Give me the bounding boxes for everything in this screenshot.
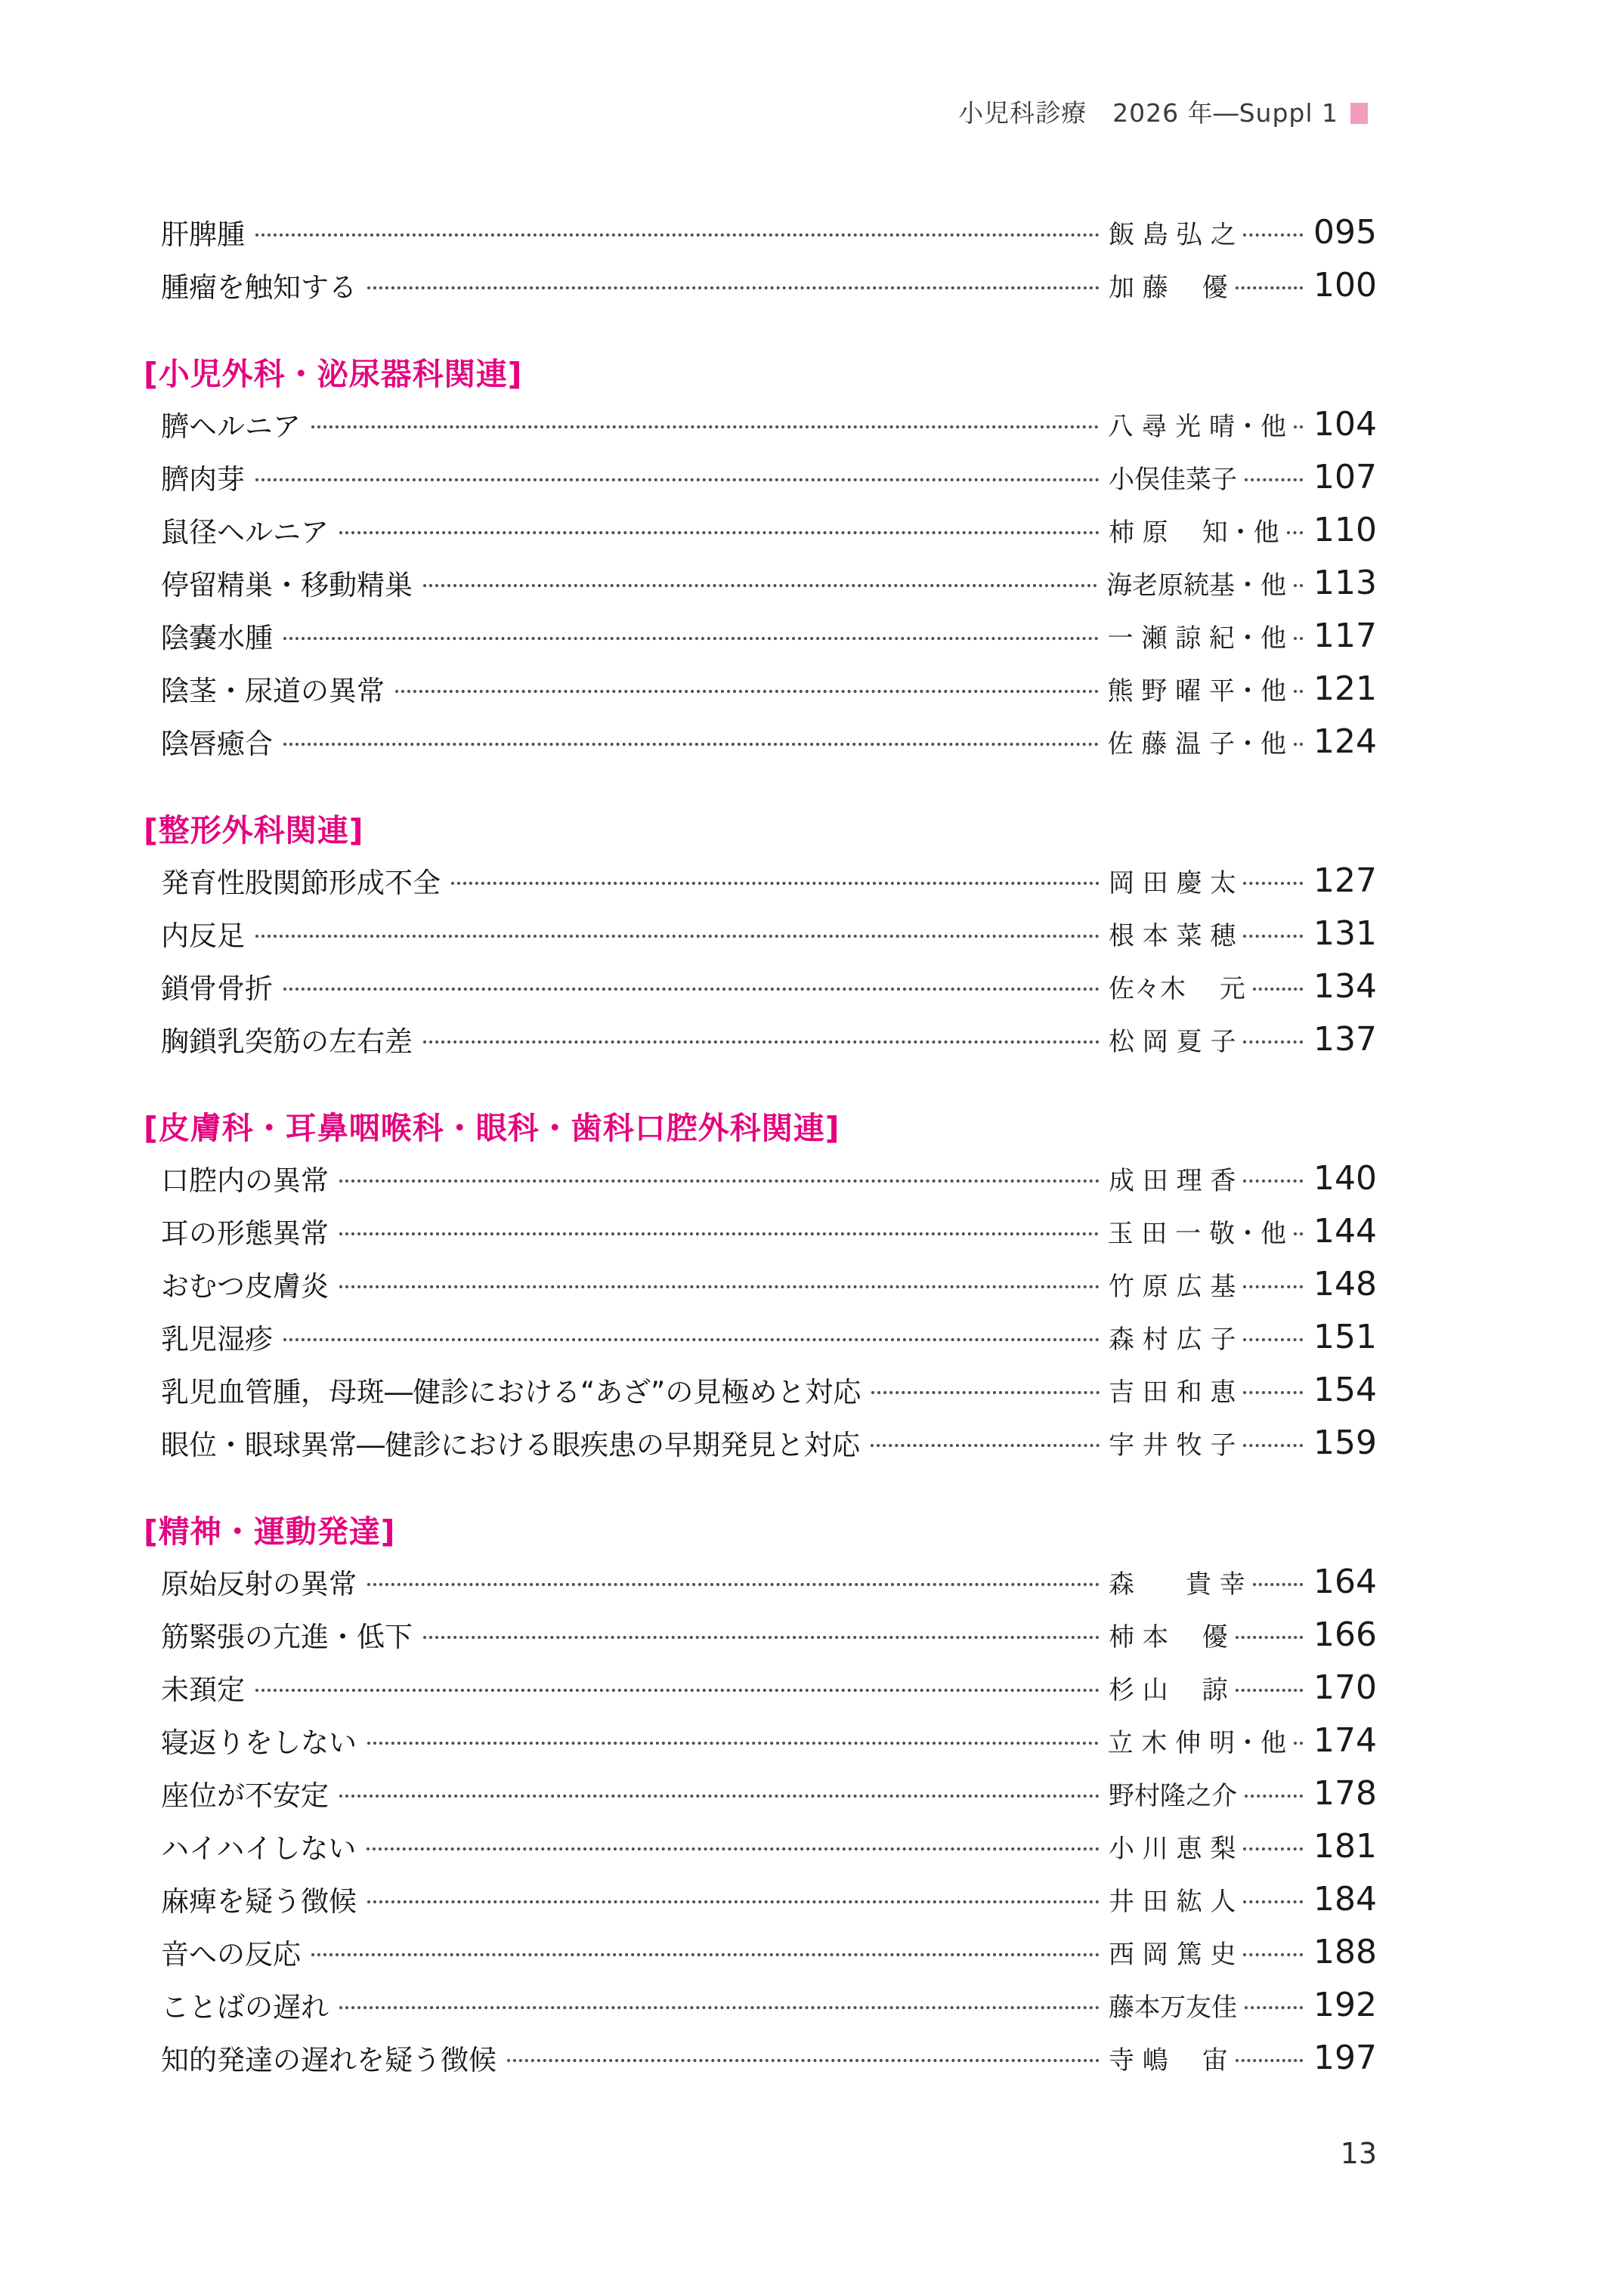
entry-page-number: 137: [1310, 1020, 1377, 1059]
dotted-leader-short: [1253, 1583, 1303, 1586]
dotted-leader-short: [1243, 1338, 1303, 1341]
dotted-leader: [339, 1232, 1099, 1235]
entry-author: 森 村 広 子: [1109, 1319, 1236, 1356]
toc-entry-row: おむつ皮膚炎 竹 原 広 基 148: [144, 1257, 1377, 1310]
dotted-leader-short: [1243, 1040, 1303, 1043]
toc-entry-row: 肝脾腫 飯 島 弘 之 095: [144, 206, 1377, 258]
entry-author: 一 瀬 諒 紀・他: [1108, 617, 1286, 654]
entry-page-number: 188: [1310, 1933, 1377, 1971]
entry-author-page-group: 熊 野 曜 平・他 121: [1108, 669, 1377, 708]
entry-author: 竹 原 広 基: [1109, 1266, 1236, 1303]
toc-entry-row: 音への反応 西 岡 篤 史 188: [144, 1925, 1377, 1978]
dotted-leader-short: [1294, 1232, 1303, 1235]
entry-author: 根 本 菜 穂: [1109, 915, 1236, 952]
entry-author: 藤本万友佳: [1109, 1986, 1237, 2024]
entry-title: 麻痺を疑う徴候: [144, 1878, 357, 1919]
entry-author-page-group: 佐 藤 温 子・他 124: [1108, 722, 1377, 761]
entry-author-page-group: 吉 田 和 恵 154: [1109, 1371, 1377, 1409]
toc-entry-row: 口腔内の異常 成 田 理 香 140: [144, 1152, 1377, 1204]
toc-entry-row: 内反足 根 本 菜 穂 131: [144, 907, 1377, 960]
entry-author-page-group: 藤本万友佳 192: [1109, 1986, 1377, 2024]
toc-entry-row: ことばの遅れ 藤本万友佳 192: [144, 1978, 1377, 2031]
toc-entry-row: 胸鎖乳突筋の左右差 松 岡 夏 子 137: [144, 1013, 1377, 1065]
entry-author: 松 岡 夏 子: [1109, 1021, 1236, 1058]
dotted-leader-short: [1294, 637, 1303, 640]
entry-page-number: 095: [1310, 213, 1377, 252]
entry-title: 発育性股関節形成不全: [144, 860, 441, 901]
entry-page-number: 124: [1310, 722, 1377, 761]
entry-title: ハイハイしない: [144, 1826, 356, 1866]
entry-page-number: 154: [1310, 1371, 1377, 1409]
dotted-leader: [339, 2006, 1100, 2009]
entry-author-page-group: 竹 原 広 基 148: [1109, 1265, 1377, 1303]
toc-entry-row: 陰茎・尿道の異常 熊 野 曜 平・他 121: [144, 662, 1377, 715]
dotted-leader: [339, 1285, 1100, 1288]
toc-section: [整形外科関連] 発育性股関節形成不全 岡 田 慶 太 127 内反足 根 本 …: [144, 801, 1377, 1065]
entry-author: 柿 本 優: [1109, 1616, 1228, 1653]
dotted-leader: [395, 690, 1099, 693]
dotted-leader: [367, 1742, 1099, 1745]
toc-entry-row: 陰嚢水腫 一 瀬 諒 紀・他 117: [144, 609, 1377, 662]
entry-author: 森 貴 幸: [1109, 1563, 1245, 1600]
entry-author-page-group: 野村隆之介 178: [1109, 1774, 1377, 1813]
entry-title: 臍肉芽: [144, 456, 245, 497]
dotted-leader-short: [1243, 1180, 1303, 1183]
entry-author-page-group: 立 木 伸 明・他 174: [1108, 1721, 1377, 1760]
dotted-leader: [367, 1900, 1100, 1903]
section-heading: [整形外科関連]: [144, 801, 1377, 854]
entry-author: 小 川 恵 梨: [1109, 1828, 1236, 1865]
toc-entry-row: 陰唇癒合 佐 藤 温 子・他 124: [144, 715, 1377, 768]
dotted-leader-short: [1243, 1285, 1303, 1288]
entry-author-page-group: 成 田 理 香 140: [1109, 1159, 1377, 1198]
entry-title: 停留精巣・移動精巣: [144, 562, 413, 603]
dotted-leader-short: [1294, 1742, 1303, 1745]
entry-author: 熊 野 曜 平・他: [1108, 670, 1286, 707]
entry-author-page-group: 八 尋 光 晴・他 104: [1108, 405, 1377, 444]
entry-page-number: 181: [1310, 1827, 1377, 1866]
toc-entry-row: 臍肉芽 小俣佳菜子 107: [144, 450, 1377, 503]
entry-title: 鎖骨骨折: [144, 966, 273, 1006]
entry-author-page-group: 一 瀬 諒 紀・他 117: [1108, 617, 1377, 655]
entry-author: 岡 田 慶 太: [1109, 862, 1236, 899]
entry-author: 寺 嶋 宙: [1109, 2039, 1228, 2076]
dotted-leader: [283, 637, 1099, 640]
entry-page-number: 127: [1310, 861, 1377, 900]
toc-entry-row: 耳の形態異常 玉 田 一 敬・他 144: [144, 1204, 1377, 1257]
entry-title: 筋緊張の亢進・低下: [144, 1614, 413, 1655]
entry-page-number: 121: [1310, 669, 1377, 708]
dotted-leader-short: [1243, 1391, 1303, 1394]
entry-title: 寝返りをしない: [144, 1720, 357, 1761]
toc-entry-row: 座位が不安定 野村隆之介 178: [144, 1767, 1377, 1820]
entry-author-page-group: 岡 田 慶 太 127: [1109, 861, 1377, 900]
entry-author-page-group: 小 川 恵 梨 181: [1109, 1827, 1377, 1866]
dotted-leader-short: [1294, 425, 1303, 428]
section-heading: [皮膚科・耳鼻咽喉科・眼科・歯科口腔外科関連]: [144, 1099, 1377, 1152]
entry-title: 肝脾腫: [144, 212, 245, 252]
toc-section: [皮膚科・耳鼻咽喉科・眼科・歯科口腔外科関連] 口腔内の異常 成 田 理 香 1…: [144, 1099, 1377, 1469]
dotted-leader-short: [1236, 2059, 1303, 2062]
dotted-leader-short: [1236, 286, 1303, 289]
section-heading: [精神・運動発達]: [144, 1502, 1377, 1555]
entry-author-page-group: 柿 本 優 166: [1109, 1615, 1377, 1654]
dotted-leader-short: [1243, 1953, 1303, 1956]
dotted-leader: [367, 286, 1100, 289]
entry-title: ことばの遅れ: [144, 1984, 329, 2025]
dotted-leader: [255, 935, 1100, 938]
entry-title: 座位が不安定: [144, 1773, 329, 1813]
dotted-leader: [311, 425, 1099, 428]
dotted-leader: [423, 1636, 1100, 1639]
entry-author-page-group: 森 村 広 子 151: [1109, 1318, 1377, 1356]
dotted-leader-short: [1236, 1636, 1303, 1639]
entry-author-page-group: 佐々木 元 134: [1109, 967, 1377, 1006]
entry-page-number: 131: [1310, 914, 1377, 953]
entry-page-number: 159: [1310, 1424, 1377, 1462]
entry-author-page-group: 松 岡 夏 子 137: [1109, 1020, 1377, 1059]
dotted-leader: [423, 1040, 1100, 1043]
dotted-leader: [283, 1338, 1100, 1341]
entry-title: 鼠径ヘルニア: [144, 509, 329, 550]
toc-entry-row: 停留精巣・移動精巣 海老原統基・他 113: [144, 556, 1377, 609]
toc-entry-row: 臍ヘルニア 八 尋 光 晴・他 104: [144, 397, 1377, 450]
toc-entry-row: 鎖骨骨折 佐々木 元 134: [144, 960, 1377, 1013]
page-footer: 13: [144, 2137, 1377, 2170]
dotted-leader: [255, 478, 1100, 481]
entry-author: 柿 原 知・他: [1109, 512, 1279, 549]
entry-page-number: 148: [1310, 1265, 1377, 1303]
entry-author: 飯 島 弘 之: [1109, 214, 1236, 251]
toc-entry-row: 眼位・眼球異常―健診における眼疾患の早期発見と対応 宇 井 牧 子 159: [144, 1416, 1377, 1469]
toc-entry-row: 知的発達の遅れを疑う徴候 寺 嶋 宙 197: [144, 2031, 1377, 2084]
toc-section: 肝脾腫 飯 島 弘 之 095 腫瘤を触知する 加 藤 優 100: [144, 206, 1377, 311]
entry-author: 佐 藤 温 子・他: [1108, 723, 1286, 760]
dotted-leader-short: [1287, 531, 1303, 534]
entry-title: 内反足: [144, 913, 245, 954]
entry-author: 加 藤 優: [1109, 267, 1228, 304]
entry-title: 眼位・眼球異常―健診における眼疾患の早期発見と対応: [144, 1422, 860, 1463]
entry-title: 原始反射の異常: [144, 1561, 357, 1602]
dotted-leader: [311, 1953, 1100, 1956]
entry-author: 井 田 紘 人: [1109, 1881, 1236, 1918]
entry-author: 佐々木 元: [1109, 968, 1245, 1005]
entry-author: 立 木 伸 明・他: [1108, 1722, 1286, 1759]
entry-title: 耳の形態異常: [144, 1210, 329, 1251]
toc-entry-row: 寝返りをしない 立 木 伸 明・他 174: [144, 1714, 1377, 1767]
page-number: 13: [1341, 2137, 1377, 2170]
toc-entry-row: 未頚定 杉 山 諒 170: [144, 1661, 1377, 1714]
entry-author-page-group: 宇 井 牧 子 159: [1109, 1424, 1377, 1462]
dotted-leader: [871, 1444, 1100, 1447]
entry-page-number: 178: [1310, 1774, 1377, 1813]
dotted-leader-short: [1236, 1689, 1303, 1692]
dotted-leader: [339, 531, 1100, 534]
entry-title: 陰唇癒合: [144, 721, 273, 762]
entry-author-page-group: 柿 原 知・他 110: [1109, 511, 1377, 549]
toc-section: [小児外科・泌尿器科関連] 臍ヘルニア 八 尋 光 晴・他 104 臍肉芽 小俣…: [144, 345, 1377, 768]
dotted-leader-short: [1245, 2006, 1303, 2009]
dotted-leader: [283, 743, 1099, 746]
entry-author: 西 岡 篤 史: [1109, 1934, 1236, 1971]
entry-page-number: 100: [1310, 266, 1377, 305]
dotted-leader: [451, 882, 1100, 885]
dotted-leader: [423, 584, 1097, 587]
entry-page-number: 174: [1310, 1721, 1377, 1760]
entry-page-number: 197: [1310, 2039, 1377, 2077]
dotted-leader-short: [1243, 882, 1303, 885]
journal-title: 小児科診療 2026 年―Suppl 1: [958, 98, 1338, 128]
header-marker-square: [1350, 103, 1368, 124]
entry-author-page-group: 森 貴 幸 164: [1109, 1563, 1377, 1601]
toc-entry-row: ハイハイしない 小 川 恵 梨 181: [144, 1820, 1377, 1872]
entry-page-number: 184: [1310, 1880, 1377, 1918]
entry-author: 野村隆之介: [1109, 1775, 1237, 1812]
dotted-leader-short: [1253, 988, 1303, 991]
entry-author: 成 田 理 香: [1109, 1160, 1236, 1197]
toc-entry-row: 乳児血管腫，母斑―健診における“あざ”の見極めと対応 吉 田 和 恵 154: [144, 1363, 1377, 1416]
entry-title: 臍ヘルニア: [144, 403, 301, 444]
toc-list: 肝脾腫 飯 島 弘 之 095 腫瘤を触知する 加 藤 優 100 [小児外科・…: [144, 206, 1377, 2084]
entry-title: おむつ皮膚炎: [144, 1263, 329, 1304]
entry-page-number: 170: [1310, 1668, 1377, 1707]
entry-author: 杉 山 諒: [1109, 1669, 1228, 1706]
entry-author-page-group: 杉 山 諒 170: [1109, 1668, 1377, 1707]
entry-page-number: 151: [1310, 1318, 1377, 1356]
dotted-leader-short: [1294, 743, 1303, 746]
entry-title: 知的発達の遅れを疑う徴候: [144, 2037, 496, 2078]
entry-author: 海老原統基・他: [1106, 564, 1286, 601]
entry-title: 乳児血管腫，母斑―健診における“あざ”の見極めと対応: [144, 1369, 861, 1410]
dotted-leader: [255, 1689, 1100, 1692]
entry-page-number: 144: [1310, 1212, 1377, 1251]
dotted-leader-short: [1243, 935, 1303, 938]
toc-entry-row: 乳児湿疹 森 村 広 子 151: [144, 1310, 1377, 1363]
entry-page-number: 166: [1310, 1615, 1377, 1654]
entry-page-number: 113: [1310, 564, 1377, 602]
entry-page-number: 140: [1310, 1159, 1377, 1198]
dotted-leader: [339, 1180, 1100, 1183]
entry-title: 未頚定: [144, 1667, 245, 1708]
entry-author: 小俣佳菜子: [1109, 459, 1237, 496]
entry-title: 胸鎖乳突筋の左右差: [144, 1019, 413, 1059]
entry-page-number: 107: [1310, 458, 1377, 496]
entry-author-page-group: 井 田 紘 人 184: [1109, 1880, 1377, 1918]
toc-entry-row: 麻痺を疑う徴候 井 田 紘 人 184: [144, 1872, 1377, 1925]
dotted-leader: [507, 2059, 1100, 2062]
entry-author: 宇 井 牧 子: [1109, 1424, 1236, 1461]
entry-page-number: 117: [1310, 617, 1377, 655]
entry-page-number: 134: [1310, 967, 1377, 1006]
section-heading: [小児外科・泌尿器科関連]: [144, 345, 1377, 397]
entry-author-page-group: 海老原統基・他 113: [1106, 564, 1377, 602]
dotted-leader-short: [1245, 1795, 1303, 1798]
dotted-leader: [871, 1391, 1100, 1394]
entry-title: 陰嚢水腫: [144, 615, 273, 656]
entry-author: 吉 田 和 恵: [1109, 1371, 1236, 1408]
entry-author: 玉 田 一 敬・他: [1108, 1213, 1286, 1250]
dotted-leader-short: [1243, 1847, 1303, 1850]
toc-entry-row: 鼠径ヘルニア 柿 原 知・他 110: [144, 503, 1377, 556]
dotted-leader: [255, 233, 1100, 237]
toc-entry-row: 原始反射の異常 森 貴 幸 164: [144, 1555, 1377, 1608]
journal-header: 小児科診療 2026 年―Suppl 1: [0, 94, 1368, 129]
entry-author-page-group: 根 本 菜 穂 131: [1109, 914, 1377, 953]
entry-author: 八 尋 光 晴・他: [1108, 406, 1286, 443]
entry-author-page-group: 加 藤 優 100: [1109, 266, 1377, 305]
entry-author-page-group: 玉 田 一 敬・他 144: [1108, 1212, 1377, 1251]
dotted-leader-short: [1243, 233, 1303, 237]
entry-page-number: 104: [1310, 405, 1377, 444]
entry-author-page-group: 寺 嶋 宙 197: [1109, 2039, 1377, 2077]
entry-title: 乳児湿疹: [144, 1316, 273, 1357]
entry-author-page-group: 西 岡 篤 史 188: [1109, 1933, 1377, 1971]
dotted-leader-short: [1294, 584, 1303, 587]
entry-title: 口腔内の異常: [144, 1158, 329, 1198]
dotted-leader: [283, 988, 1100, 991]
entry-title: 腫瘤を触知する: [144, 264, 357, 305]
toc-entry-row: 筋緊張の亢進・低下 柿 本 優 166: [144, 1608, 1377, 1661]
dotted-leader: [367, 1847, 1100, 1850]
entry-page-number: 164: [1310, 1563, 1377, 1601]
dotted-leader-short: [1294, 690, 1303, 693]
toc-entry-row: 腫瘤を触知する 加 藤 優 100: [144, 258, 1377, 311]
toc-entry-row: 発育性股関節形成不全 岡 田 慶 太 127: [144, 854, 1377, 907]
dotted-leader-short: [1243, 1444, 1303, 1447]
entry-page-number: 110: [1310, 511, 1377, 549]
dotted-leader: [339, 1795, 1100, 1798]
dotted-leader-short: [1243, 1900, 1303, 1903]
dotted-leader: [367, 1583, 1100, 1586]
entry-title: 陰茎・尿道の異常: [144, 668, 385, 709]
entry-title: 音への反応: [144, 1931, 301, 1972]
dotted-leader-short: [1245, 478, 1303, 481]
entry-author-page-group: 小俣佳菜子 107: [1109, 458, 1377, 496]
entry-page-number: 192: [1310, 1986, 1377, 2024]
entry-author-page-group: 飯 島 弘 之 095: [1109, 213, 1377, 252]
toc-section: [精神・運動発達] 原始反射の異常 森 貴 幸 164 筋緊張の亢進・低下 柿 …: [144, 1502, 1377, 2084]
toc-page: 小児科診療 2026 年―Suppl 1 肝脾腫 飯 島 弘 之 095 腫瘤を…: [0, 0, 1624, 2291]
